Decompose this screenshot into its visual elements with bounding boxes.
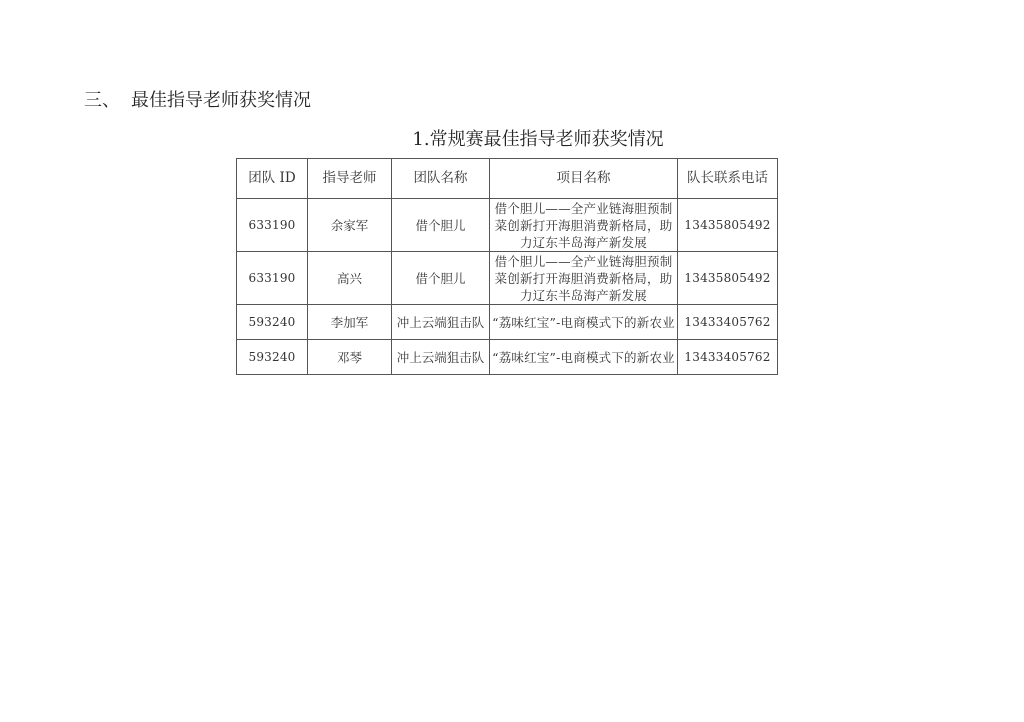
cell-team-id: 633190 bbox=[237, 252, 308, 305]
cell-teacher: 高兴 bbox=[308, 252, 392, 305]
cell-project-name: 借个胆儿——全产业链海胆预制菜创新打开海胆消费新格局，助力辽东半岛海产新发展 bbox=[490, 252, 678, 305]
cell-teacher: 余家军 bbox=[308, 199, 392, 252]
header-team-name: 团队名称 bbox=[392, 159, 490, 199]
cell-team-name: 借个胆儿 bbox=[392, 199, 490, 252]
best-teacher-award-table: 团队 ID 指导老师 团队名称 项目名称 队长联系电话 633190 余家军 借… bbox=[236, 158, 778, 375]
cell-captain-phone: 13435805492 bbox=[678, 199, 778, 252]
table-row: 633190 高兴 借个胆儿 借个胆儿——全产业链海胆预制菜创新打开海胆消费新格… bbox=[237, 252, 778, 305]
cell-team-id: 593240 bbox=[237, 340, 308, 375]
table-row: 593240 李加军 冲上云端狙击队 “荔味红宝”-电商模式下的新农业 1343… bbox=[237, 305, 778, 340]
cell-project-name: “荔味红宝”-电商模式下的新农业 bbox=[490, 340, 678, 375]
table-row: 633190 余家军 借个胆儿 借个胆儿——全产业链海胆预制菜创新打开海胆消费新… bbox=[237, 199, 778, 252]
cell-captain-phone: 13435805492 bbox=[678, 252, 778, 305]
cell-teacher: 邓琴 bbox=[308, 340, 392, 375]
section-heading: 三、最佳指导老师获奖情况 bbox=[84, 89, 311, 113]
cell-project-name: 借个胆儿——全产业链海胆预制菜创新打开海胆消费新格局，助力辽东半岛海产新发展 bbox=[490, 199, 678, 252]
table-header-row: 团队 ID 指导老师 团队名称 项目名称 队长联系电话 bbox=[237, 159, 778, 199]
cell-team-id: 593240 bbox=[237, 305, 308, 340]
cell-teacher: 李加军 bbox=[308, 305, 392, 340]
cell-project-name: “荔味红宝”-电商模式下的新农业 bbox=[490, 305, 678, 340]
table-title: 1.常规赛最佳指导老师获奖情况 bbox=[236, 128, 836, 152]
header-captain-phone: 队长联系电话 bbox=[678, 159, 778, 199]
table-row: 593240 邓琴 冲上云端狙击队 “荔味红宝”-电商模式下的新农业 13433… bbox=[237, 340, 778, 375]
section-number: 三、 bbox=[84, 89, 131, 113]
table-title-text: 1.常规赛最佳指导老师获奖情况 bbox=[412, 129, 663, 150]
section-title: 最佳指导老师获奖情况 bbox=[131, 90, 311, 111]
cell-captain-phone: 13433405762 bbox=[678, 305, 778, 340]
cell-team-name: 借个胆儿 bbox=[392, 252, 490, 305]
cell-team-id: 633190 bbox=[237, 199, 308, 252]
header-teacher: 指导老师 bbox=[308, 159, 392, 199]
header-project-name: 项目名称 bbox=[490, 159, 678, 199]
cell-team-name: 冲上云端狙击队 bbox=[392, 305, 490, 340]
header-team-id: 团队 ID bbox=[237, 159, 308, 199]
cell-captain-phone: 13433405762 bbox=[678, 340, 778, 375]
cell-team-name: 冲上云端狙击队 bbox=[392, 340, 490, 375]
